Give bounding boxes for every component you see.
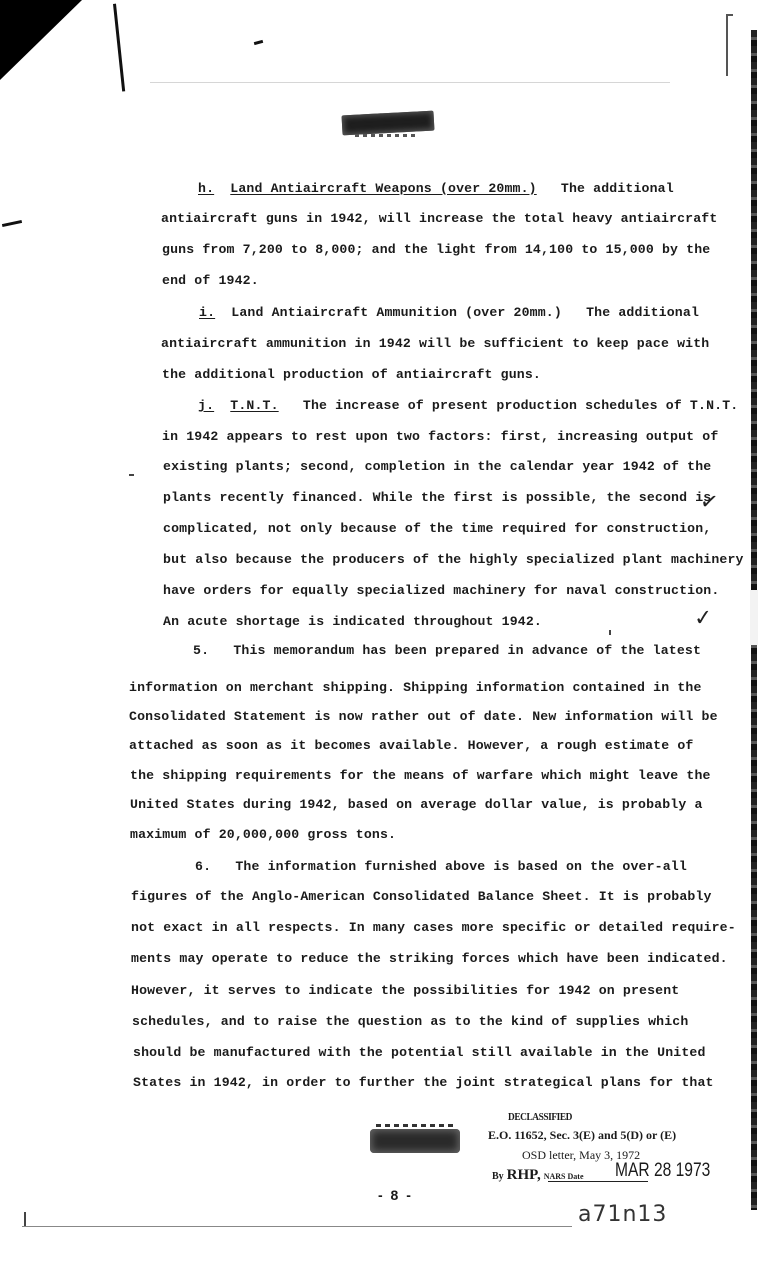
paragraph-j-line-1: j. T.N.T. The increase of present produc… — [198, 398, 738, 414]
paragraph-6-line-4: ments may operate to reduce the striking… — [131, 951, 728, 967]
redacted-classification-bottom-top — [376, 1124, 456, 1127]
paragraph-i-line-3: the additional production of antiaircraf… — [162, 367, 541, 383]
checkmark-icon: ✓ — [693, 605, 713, 631]
paragraph-h-line-4: end of 1942. — [162, 273, 259, 289]
redacted-classification-top-underline — [355, 134, 415, 137]
paragraph-i-marker: i. — [199, 305, 215, 320]
paragraph-h-line-2: antiaircraft guns in 1942, will increase… — [161, 211, 717, 227]
paragraph-j-line-4: plants recently financed. While the firs… — [163, 490, 711, 506]
paragraph-6-line-1: 6. The information furnished above is ba… — [195, 859, 687, 875]
paragraph-i-line-1: i. Land Antiaircraft Ammunition (over 20… — [199, 305, 699, 321]
paragraph-i-heading: Land Antiaircraft Ammunition (over 20mm.… — [231, 305, 562, 320]
paragraph-j-line-3: existing plants; second, completion in t… — [163, 459, 711, 475]
page-number: - 8 - — [378, 1187, 413, 1203]
redacted-classification-bottom — [370, 1129, 460, 1153]
paragraph-h-line-3: guns from 7,200 to 8,000; and the light … — [162, 242, 710, 258]
paragraph-h-marker: h. — [198, 181, 214, 196]
declassified-stamp-date-underline — [548, 1181, 648, 1182]
paragraph-6-line-8: States in 1942, in order to further the … — [133, 1075, 714, 1091]
declassified-stamp-authority: E.O. 11652, Sec. 3(E) and 5(D) or (E) — [488, 1128, 676, 1143]
paragraph-j-line-8: An acute shortage is indicated throughou… — [163, 614, 542, 630]
paragraph-h-text: The additional — [561, 181, 674, 196]
scan-speck — [609, 630, 611, 635]
paragraph-5-line-5: the shipping requirements for the means … — [130, 768, 711, 784]
redacted-classification-top — [342, 111, 435, 136]
paragraph-h-line-1: h. Land Antiaircraft Weapons (over 20mm.… — [198, 181, 674, 197]
paragraph-i-text: The additional — [586, 305, 699, 320]
paragraph-5-line-6: United States during 1942, based on aver… — [130, 797, 703, 813]
paragraph-j-text: The increase of present production sched… — [303, 398, 738, 413]
paragraph-5-text: This memorandum has been prepared in adv… — [233, 643, 701, 658]
scan-faint-line — [150, 82, 670, 83]
paragraph-6-line-3: not exact in all respects. In many cases… — [131, 920, 736, 936]
paragraph-j-line-2: in 1942 appears to rest upon two factors… — [162, 429, 718, 445]
paragraph-j-marker: j. — [198, 398, 214, 413]
paragraph-5-line-1: 5. This memorandum has been prepared in … — [193, 643, 701, 659]
declassified-stamp-authority-text: E.O. 11652, Sec. 3(E) and 5(D) or (E) — [488, 1128, 676, 1142]
handwritten-note: a71n13 — [578, 1202, 667, 1227]
paragraph-6-marker: 6. — [195, 859, 211, 874]
checkmark-icon: ✓ — [698, 489, 720, 516]
paragraph-j-heading: T.N.T. — [230, 398, 278, 413]
declassified-stamp-initials: RHP, — [507, 1167, 541, 1183]
paragraph-i-line-2: antiaircraft ammunition in 1942 will be … — [161, 336, 709, 352]
declassified-stamp-title: DECLASSIFIED — [508, 1111, 572, 1123]
page-binding-gap — [750, 590, 758, 645]
declassified-stamp-by-label: By — [492, 1171, 504, 1182]
paragraph-5-line-3: Consolidated Statement is now rather out… — [129, 709, 718, 725]
paragraph-6-line-5: However, it serves to indicate the possi… — [131, 983, 679, 999]
scan-bracket — [726, 14, 733, 76]
paragraph-5-marker: 5. — [193, 643, 209, 658]
paragraph-6-line-7: should be manufactured with the potentia… — [133, 1045, 706, 1061]
declassified-stamp-date: MAR 28 1973 — [615, 1160, 710, 1182]
paragraph-h-heading: Land Antiaircraft Weapons (over 20mm.) — [230, 181, 536, 196]
paragraph-5-line-2: information on merchant shipping. Shippi… — [129, 680, 702, 696]
paragraph-6-line-6: schedules, and to raise the question as … — [132, 1014, 688, 1030]
scan-mark-bottom — [24, 1212, 26, 1226]
declassified-stamp-nars-label: NARS Date — [544, 1172, 584, 1181]
scan-corner-shadow — [0, 0, 82, 80]
paragraph-j-line-5: complicated, not only because of the tim… — [163, 521, 711, 537]
paragraph-j-line-6: but also because the producers of the hi… — [163, 552, 744, 568]
paragraph-j-line-7: have orders for equally specialized mach… — [163, 583, 719, 599]
scan-speck — [129, 474, 134, 476]
paragraph-6-line-2: figures of the Anglo-American Consolidat… — [131, 889, 712, 905]
scan-mark-left — [2, 220, 22, 227]
scan-mark — [254, 40, 263, 45]
bottom-rule — [22, 1226, 572, 1227]
paragraph-6-text: The information furnished above is based… — [235, 859, 687, 874]
scan-edge-stroke — [113, 4, 125, 92]
paragraph-5-line-4: attached as soon as it becomes available… — [129, 738, 693, 754]
paragraph-5-line-7: maximum of 20,000,000 gross tons. — [130, 827, 396, 843]
